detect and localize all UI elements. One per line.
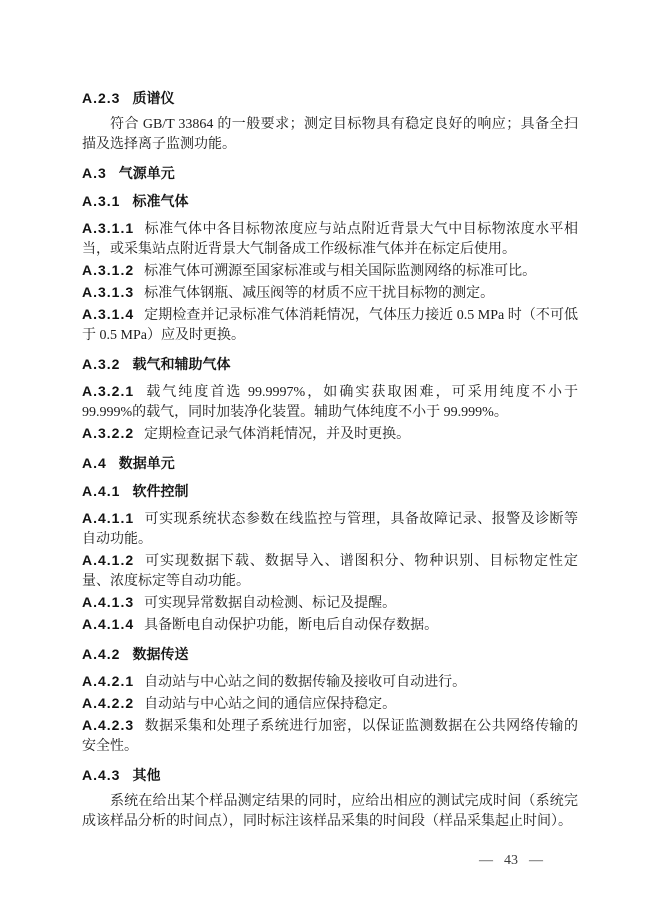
heading-number: A.4 — [82, 455, 107, 471]
heading-a2-3: A.2.3质谱仪 — [82, 88, 578, 108]
document-page: A.2.3质谱仪 符合 GB/T 33864 的一般要求；测定目标物具有稳定良好… — [0, 0, 650, 919]
paragraph-a4-1-1: A.4.1.1可实现系统状态参数在线监控与管理，具备故障记录、报警及诊断等自动功… — [82, 508, 578, 550]
paragraph-a3-2-1: A.3.2.1载气纯度首选 99.9997%，如确实获取困难，可采用纯度不小于 … — [82, 381, 578, 423]
clause-text: 数据采集和处理子系统进行加密，以保证监测数据在公共网络传输的安全性。 — [82, 719, 578, 754]
clause-text: 可实现系统状态参数在线监控与管理，具备故障记录、报警及诊断等自动功能。 — [82, 512, 578, 547]
clause-number: A.4.1.4 — [82, 616, 134, 632]
heading-a4: A.4数据单元 — [82, 453, 578, 473]
heading-title: 其他 — [132, 767, 160, 783]
clause-text: 自动站与中心站之间的通信应保持稳定。 — [144, 697, 396, 712]
heading-a3-1: A.3.1标准气体 — [82, 191, 578, 211]
clause-number: A.4.1.1 — [82, 510, 134, 526]
page-number: 43 — [504, 853, 518, 869]
heading-a4-2: A.4.2数据传送 — [82, 644, 578, 664]
clause-number: A.4.2.1 — [82, 673, 134, 689]
paragraph-a3-1-3: A.3.1.3标准气体钢瓶、减压阀等的材质不应干扰目标物的测定。 — [82, 282, 578, 304]
heading-title: 软件控制 — [132, 483, 188, 499]
clause-number: A.4.2.3 — [82, 717, 134, 733]
clause-text: 载气纯度首选 99.9997%，如确实获取困难，可采用纯度不小于 99.999%… — [82, 385, 578, 420]
clause-number: A.4.1.3 — [82, 594, 134, 610]
clause-number: A.4.2.2 — [82, 695, 134, 711]
paragraph-a4-1-3: A.4.1.3可实现异常数据自动检测、标记及提醒。 — [82, 592, 578, 614]
clause-number: A.3.1.2 — [82, 262, 134, 278]
clause-text: 自动站与中心站之间的数据传输及接收可自动进行。 — [144, 675, 466, 690]
paragraph-intro-a2-3: 符合 GB/T 33864 的一般要求；测定目标物具有稳定良好的响应；具备全扫描… — [82, 115, 578, 155]
heading-a4-1: A.4.1软件控制 — [82, 481, 578, 501]
clause-text: 标准气体钢瓶、减压阀等的材质不应干扰目标物的测定。 — [144, 286, 494, 301]
paragraph-a3-1-1: A.3.1.1标准气体中各目标物浓度应与站点附近背景大气中目标物浓度水平相当，或… — [82, 218, 578, 260]
clause-text: 具备断电自动保护功能，断电后自动保存数据。 — [144, 618, 438, 633]
page-footer: — 43 — — [479, 853, 543, 869]
clause-text: 可实现异常数据自动检测、标记及提醒。 — [144, 596, 396, 611]
heading-number: A.3.2 — [82, 356, 120, 372]
heading-title: 数据单元 — [119, 455, 175, 471]
clause-text: 定期检查记录气体消耗情况，并及时更换。 — [144, 427, 410, 442]
clause-number: A.3.2.2 — [82, 425, 134, 441]
paragraph-a4-2-3: A.4.2.3数据采集和处理子系统进行加密，以保证监测数据在公共网络传输的安全性… — [82, 715, 578, 757]
clause-text: 可实现数据下载、数据导入、谱图积分、物种识别、目标物定性定量、浓度标定等自动功能… — [82, 554, 578, 589]
paragraph-a4-3: 系统在给出某个样品测定结果的同时，应给出相应的测试完成时间（系统完成该样品分析的… — [82, 792, 578, 832]
heading-number: A.3 — [82, 165, 107, 181]
heading-number: A.2.3 — [82, 90, 120, 106]
clause-text: 定期检查并记录标准气体消耗情况，气体压力接近 0.5 MPa 时（不可低于 0.… — [82, 308, 578, 343]
footer-dash-right: — — [529, 853, 543, 869]
heading-number: A.4.1 — [82, 483, 120, 499]
heading-title: 质谱仪 — [132, 90, 174, 106]
paragraph-a4-2-1: A.4.2.1自动站与中心站之间的数据传输及接收可自动进行。 — [82, 671, 578, 693]
heading-number: A.4.2 — [82, 646, 120, 662]
paragraph-a3-1-4: A.3.1.4定期检查并记录标准气体消耗情况，气体压力接近 0.5 MPa 时（… — [82, 304, 578, 346]
heading-a4-3: A.4.3其他 — [82, 765, 578, 785]
document-content: A.2.3质谱仪 符合 GB/T 33864 的一般要求；测定目标物具有稳定良好… — [82, 0, 578, 832]
paragraph-a3-2-2: A.3.2.2定期检查记录气体消耗情况，并及时更换。 — [82, 423, 578, 445]
heading-title: 数据传送 — [132, 646, 188, 662]
paragraph-a4-1-2: A.4.1.2可实现数据下载、数据导入、谱图积分、物种识别、目标物定性定量、浓度… — [82, 550, 578, 592]
clause-number: A.3.1.3 — [82, 284, 134, 300]
clause-text: 标准气体可溯源至国家标准或与相关国际监测网络的标准可比。 — [144, 264, 536, 279]
heading-title: 气源单元 — [119, 165, 175, 181]
heading-a3: A.3气源单元 — [82, 163, 578, 183]
heading-title: 标准气体 — [132, 193, 188, 209]
clause-text: 标准气体中各目标物浓度应与站点附近背景大气中目标物浓度水平相当，或采集站点附近背… — [82, 222, 578, 257]
footer-dash-left: — — [479, 853, 493, 869]
heading-number: A.3.1 — [82, 193, 120, 209]
paragraph-a4-1-4: A.4.1.4具备断电自动保护功能，断电后自动保存数据。 — [82, 614, 578, 636]
paragraph-a4-2-2: A.4.2.2自动站与中心站之间的通信应保持稳定。 — [82, 693, 578, 715]
clause-number: A.4.1.2 — [82, 552, 134, 568]
clause-number: A.3.1.4 — [82, 306, 134, 322]
clause-number: A.3.1.1 — [82, 220, 134, 236]
paragraph-a3-1-2: A.3.1.2标准气体可溯源至国家标准或与相关国际监测网络的标准可比。 — [82, 260, 578, 282]
heading-a3-2: A.3.2载气和辅助气体 — [82, 354, 578, 374]
heading-title: 载气和辅助气体 — [132, 356, 230, 372]
clause-number: A.3.2.1 — [82, 383, 134, 399]
heading-number: A.4.3 — [82, 767, 120, 783]
